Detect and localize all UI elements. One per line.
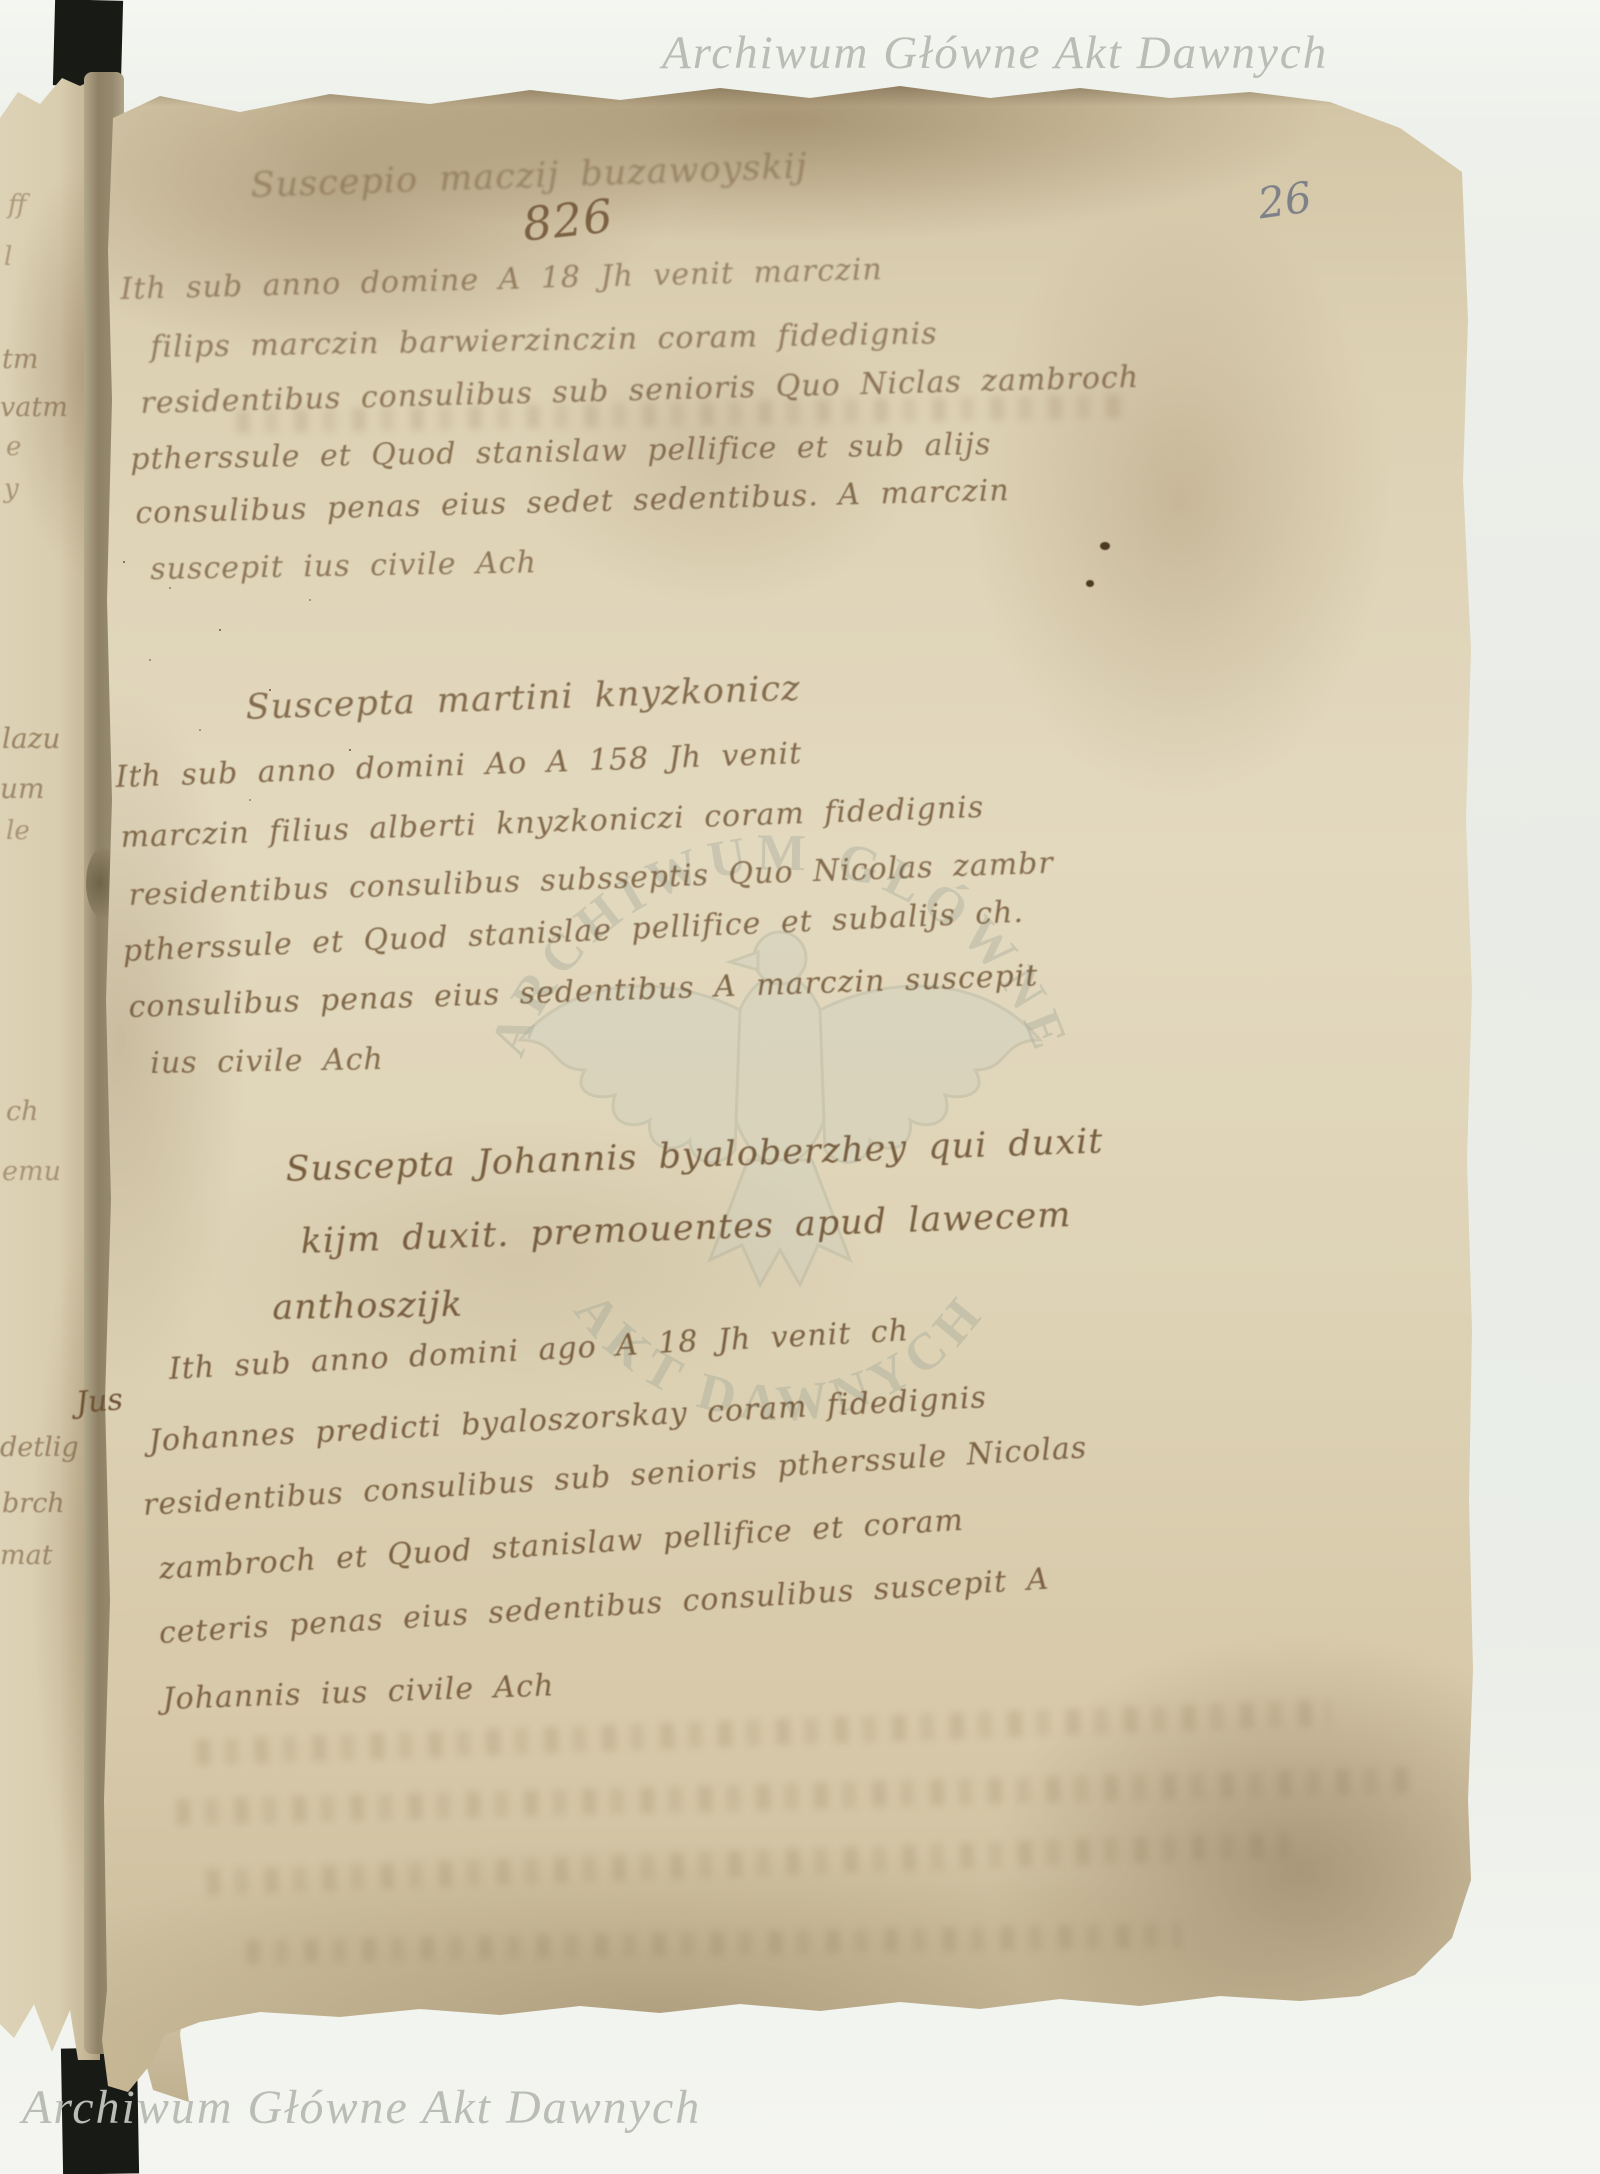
strip-fragment: um xyxy=(0,772,45,805)
strip-fragment: lazu xyxy=(2,722,60,755)
strip-fragment: y xyxy=(4,474,19,504)
strip-fragment: ff xyxy=(8,190,26,220)
bleedthrough-text xyxy=(230,1923,1180,1964)
strip-fragment: brch xyxy=(2,1488,65,1519)
archive-watermark-bottom: Archiwum Główne Akt Dawnych xyxy=(22,2080,701,2135)
folio-number-pencil: 26 xyxy=(1255,173,1315,229)
entry-1-line: suscepit ius civile Ach xyxy=(150,545,537,587)
old-ink-number: 826 xyxy=(520,189,616,252)
strip-fragment: e xyxy=(6,432,21,462)
margin-note-jus: Jus xyxy=(75,1382,125,1421)
entry-3-line: Johannis ius civile Ach xyxy=(162,1668,555,1717)
entry-3-heading: anthoszijk xyxy=(272,1285,463,1328)
strip-fragment: le xyxy=(6,816,30,846)
entry-1-line: consulibus penas eius sedet sedentibus. … xyxy=(135,473,1010,531)
strip-fragment: ch xyxy=(6,1096,39,1127)
entry-1-line: Ith sub anno domine A 18 Jh venit marczi… xyxy=(120,252,883,307)
torn-top-edge xyxy=(100,80,1490,106)
entry-2-line: ius civile Ach xyxy=(150,1042,384,1081)
strip-fragment: emu xyxy=(2,1156,61,1187)
manuscript-page: ARCHIWUM GŁÓWNE AKT DAWNYCH 826 26 Susce… xyxy=(100,80,1490,2110)
entry-1-line: filips marczin barwierzinczin coram fide… xyxy=(150,316,938,365)
ink-blot xyxy=(1100,542,1110,550)
ink-blot xyxy=(1086,580,1094,587)
strip-fragment: mat xyxy=(0,1540,53,1571)
strip-fragment: vatm xyxy=(0,392,68,423)
archive-watermark-top: Archiwum Główne Akt Dawnych xyxy=(662,26,1328,80)
strip-fragment: tm xyxy=(2,344,38,375)
bleedthrough-text xyxy=(160,1767,1410,1826)
bleedthrough-text xyxy=(190,1832,1290,1896)
strip-fragment: l xyxy=(4,242,12,272)
manuscript-scan: { "archive_watermark": { "top_text": "Ar… xyxy=(0,0,1600,2174)
strip-fragment: detlig xyxy=(0,1432,79,1463)
entry-1-line: ptherssule et Quod stanislaw pellifice e… xyxy=(130,427,992,477)
